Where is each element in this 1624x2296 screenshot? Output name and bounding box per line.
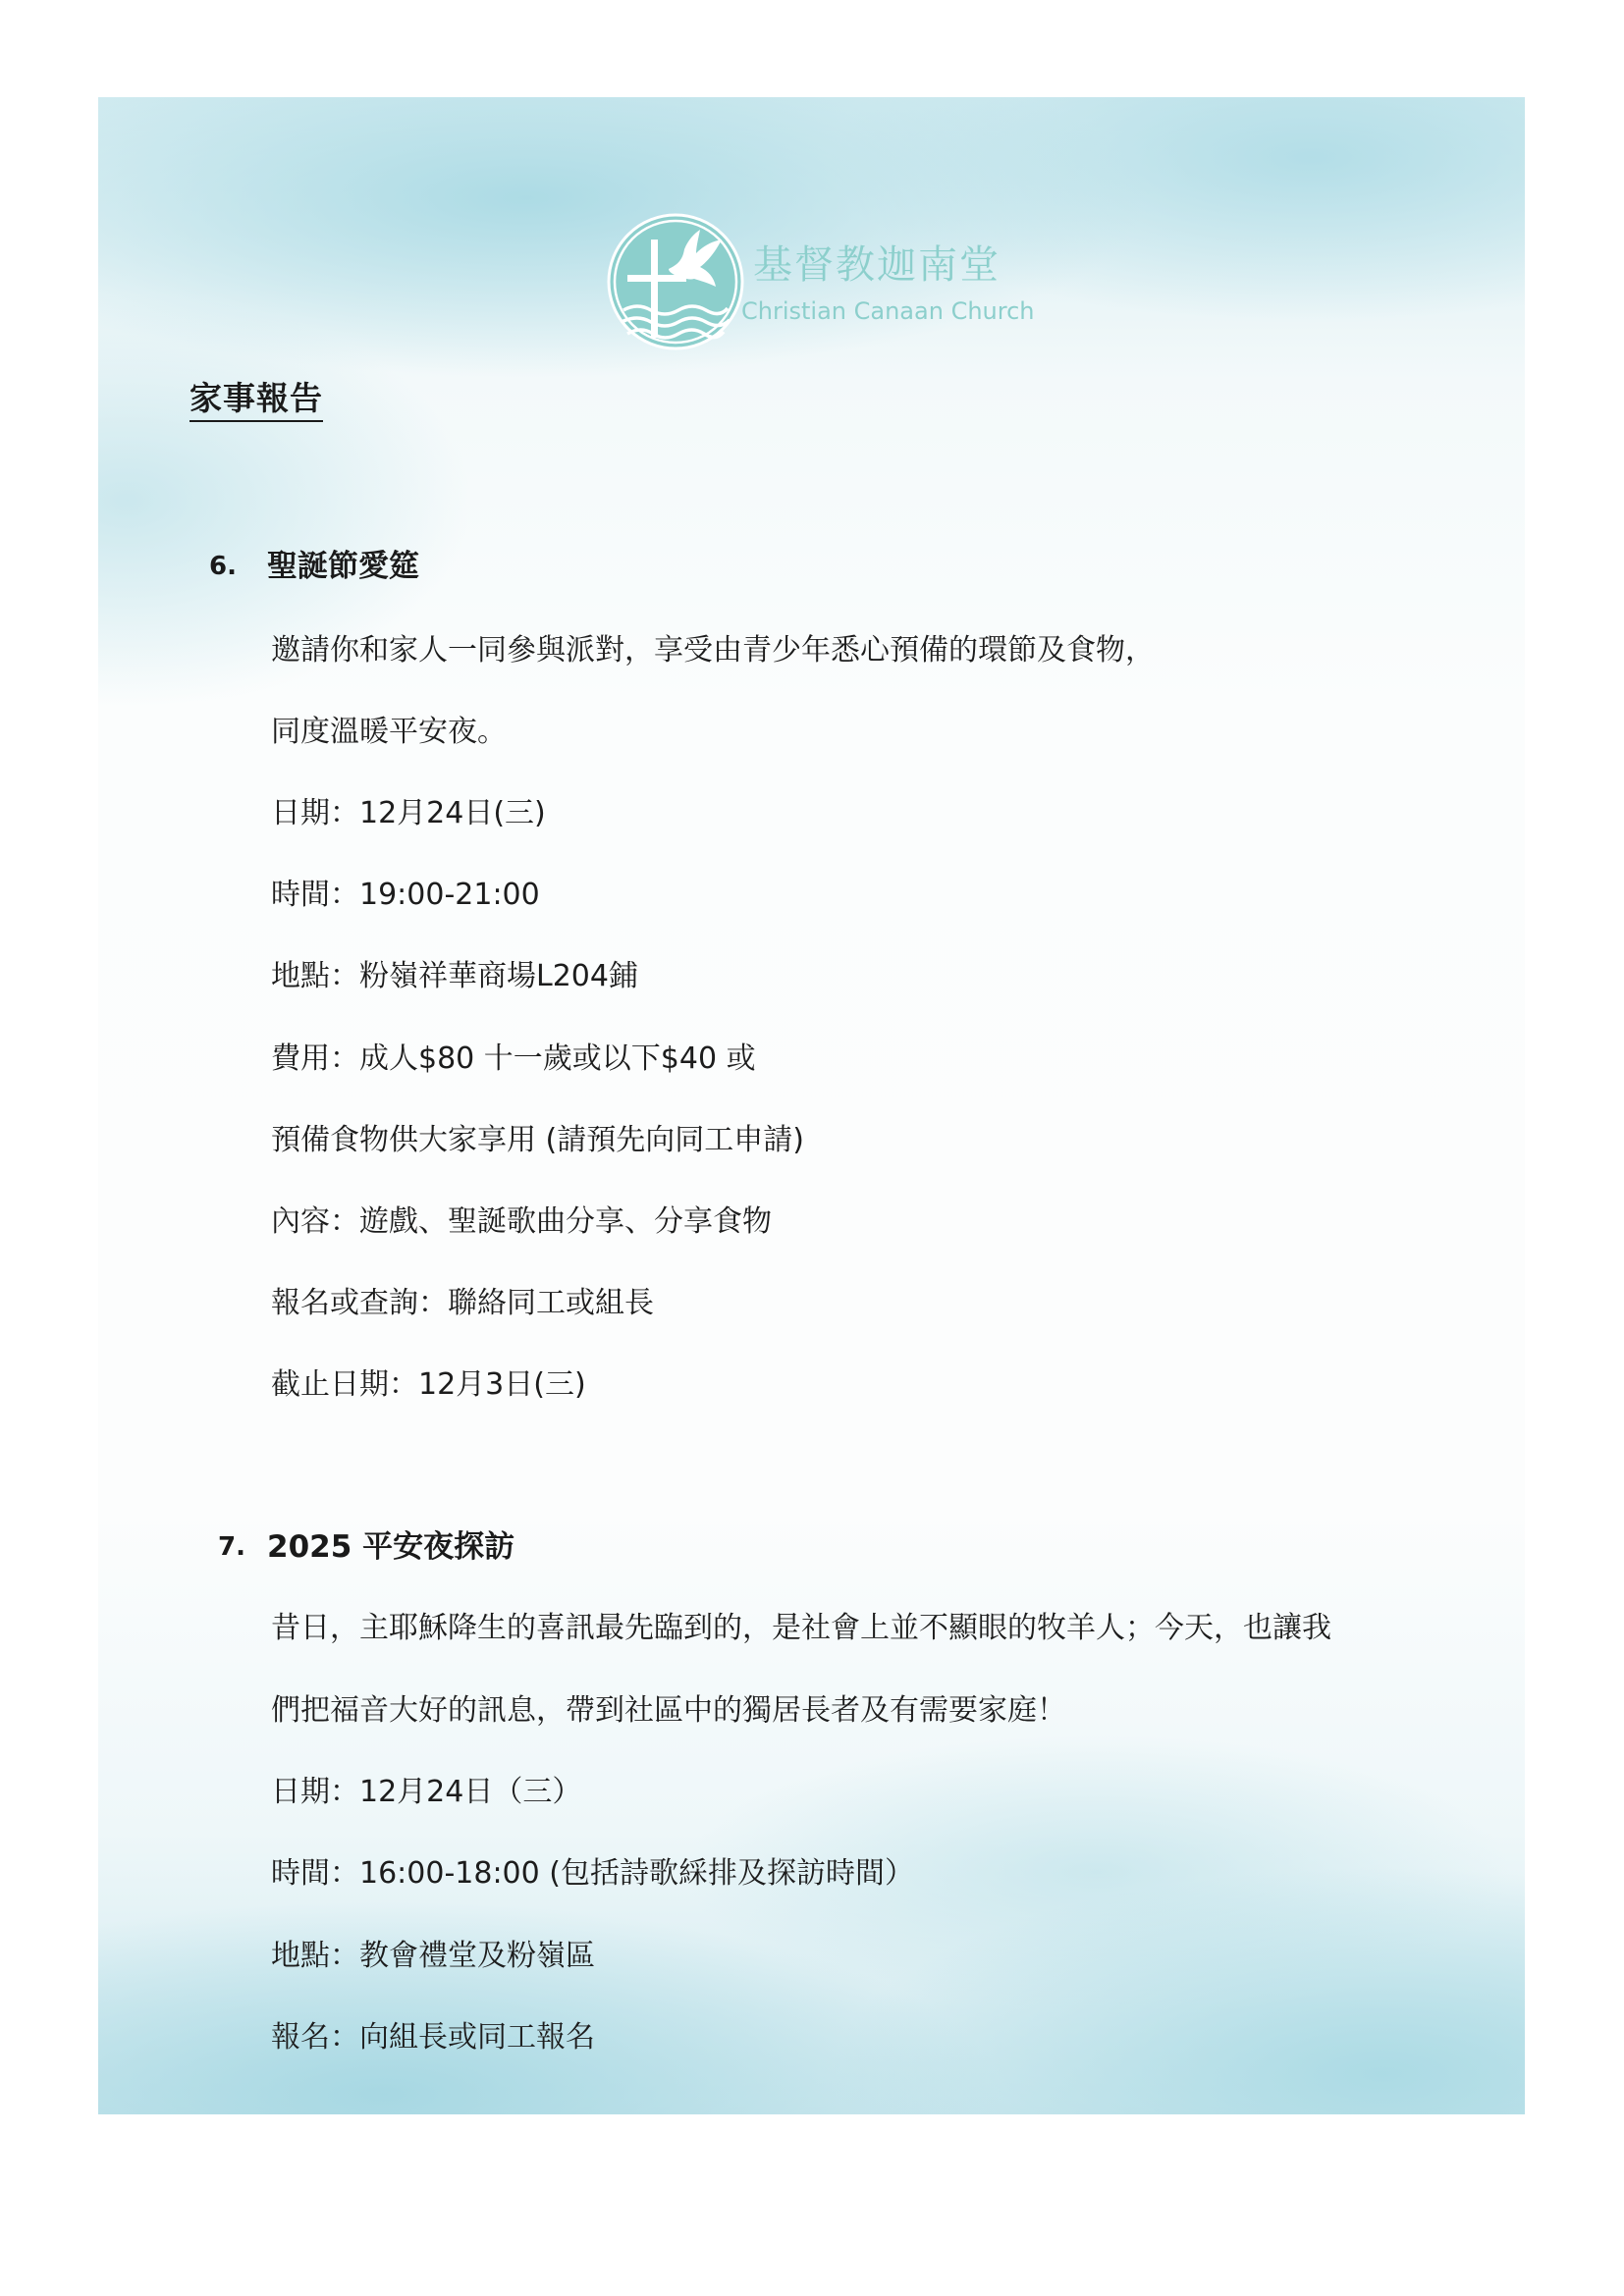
church-name-en: Christian Canaan Church	[741, 296, 1035, 326]
church-logo: 基督教迦南堂 Christian Canaan Church	[606, 212, 1038, 354]
body-line: 們把福音大好的訊息，帶到社區中的獨居長者及有需要家庭！	[271, 1691, 1066, 1731]
event-content: 內容：遊戲、聖誕歌曲分享、分享食物	[271, 1202, 772, 1242]
event-fee-note: 預備食物供大家享用 (請預先向同工申請)	[271, 1121, 804, 1160]
event-enquiry: 報名或查詢：聯絡同工或組長	[271, 1284, 654, 1323]
event-time: 時間：16:00-18:00 (包括詩歌綵排及探訪時間）	[271, 1854, 914, 1894]
body-line: 昔日，主耶穌降生的喜訊最先臨到的，是社會上並不顯眼的牧羊人；今天，也讓我	[271, 1609, 1331, 1648]
body-line: 邀請你和家人一同參與派對，享受由青少年悉心預備的環節及食物，	[271, 631, 1155, 670]
section-title: 2025 平安夜探訪	[267, 1527, 514, 1567]
event-registration: 報名：向組長或同工報名	[271, 2018, 595, 2057]
event-fee: 費用：成人$80 十一歲或以下$40 或	[271, 1040, 756, 1079]
section-title: 聖誕節愛筵	[267, 547, 419, 586]
event-date: 日期：12月24日（三）	[271, 1773, 581, 1812]
event-date: 日期：12月24日(三)	[271, 794, 546, 833]
cross-dove-waves-icon	[606, 212, 745, 351]
event-location: 地點：教會禮堂及粉嶺區	[271, 1937, 595, 1976]
section-number: 6.	[209, 547, 237, 586]
event-deadline: 截止日期：12月3日(三)	[271, 1365, 586, 1405]
event-time: 時間：19:00-21:00	[271, 876, 540, 915]
body-line: 同度溫暖平安夜。	[271, 713, 507, 752]
church-name-zh: 基督教迦南堂	[753, 241, 1001, 289]
page-title: 家事報告	[189, 379, 323, 422]
event-location: 地點：粉嶺祥華商場L204鋪	[271, 957, 638, 996]
section-number: 7.	[218, 1527, 245, 1567]
